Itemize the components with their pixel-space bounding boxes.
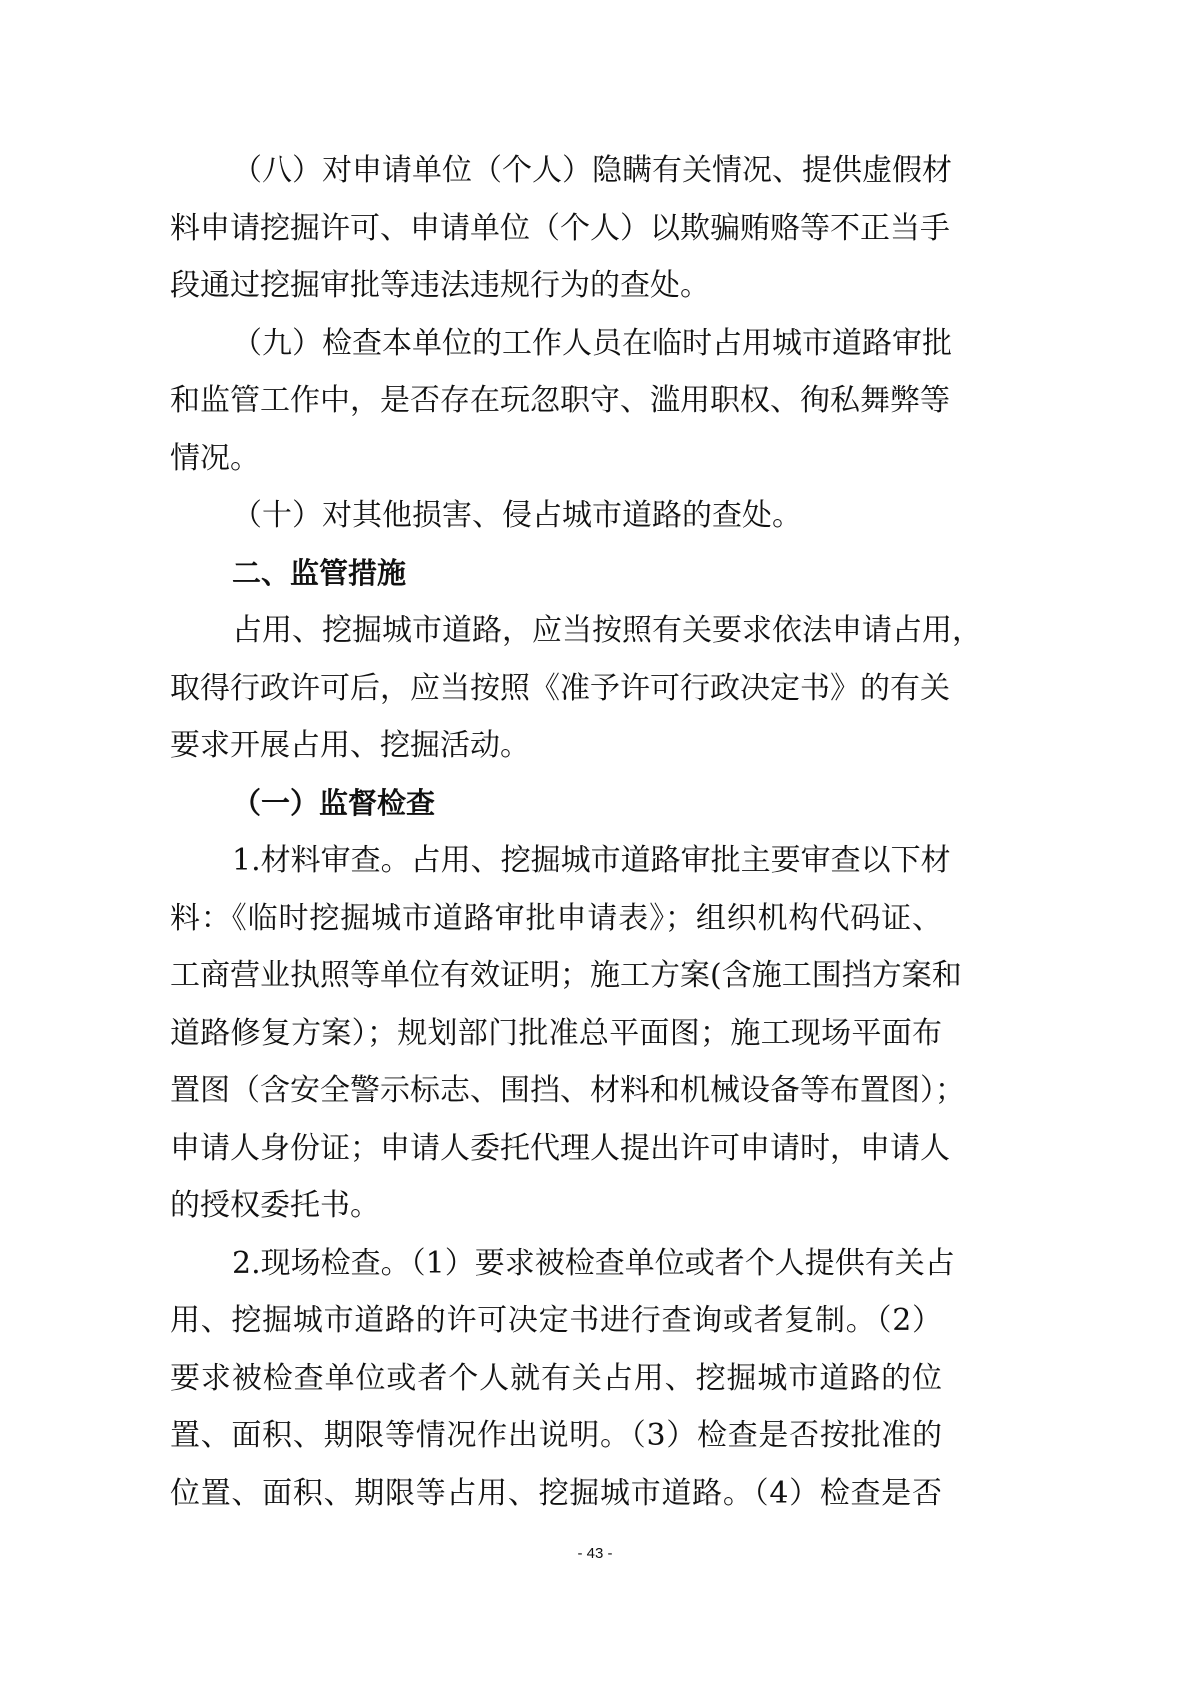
- document-body: （八）对申请单位（个人）隐瞒有关情况、提供虚假材料申请挖掘许可、申请单位（个人）…: [170, 142, 942, 1522]
- text-line: 料申请挖掘许可、申请单位（个人）以欺骗贿赂等不正当手: [170, 200, 942, 258]
- text-line: 和监管工作中，是否存在玩忽职守、滥用职权、徇私舞弊等: [170, 372, 942, 430]
- text-line: 的授权委托书。: [170, 1177, 942, 1235]
- text-line: 位置、面积、期限等占用、挖掘城市道路。（4）检查是否: [170, 1465, 942, 1523]
- text-line: 1.材料审查。占用、挖掘城市道路审批主要审查以下材: [170, 832, 942, 890]
- text-line: 申请人身份证；申请人委托代理人提出许可申请时，申请人: [170, 1120, 942, 1178]
- text-line: 置、面积、期限等情况作出说明。（3）检查是否按批准的: [170, 1407, 942, 1465]
- text-line: 工商营业执照等单位有效证明；施工方案(含施工围挡方案和: [170, 947, 942, 1005]
- text-line: 2.现场检查。（1）要求被检查单位或者个人提供有关占: [170, 1235, 942, 1293]
- text-line: （八）对申请单位（个人）隐瞒有关情况、提供虚假材: [170, 142, 942, 200]
- text-line: 要求开展占用、挖掘活动。: [170, 717, 942, 775]
- text-line: 占用、挖掘城市道路，应当按照有关要求依法申请占用，: [170, 602, 942, 660]
- text-line: （九）检查本单位的工作人员在临时占用城市道路审批: [170, 315, 942, 373]
- section-heading: 二、监管措施: [170, 545, 942, 603]
- text-line: 置图（含安全警示标志、围挡、材料和机械设备等布置图）；: [170, 1062, 942, 1120]
- page-number: - 43 -: [0, 1545, 1190, 1562]
- text-line: 取得行政许可后，应当按照《准予许可行政决定书》的有关: [170, 660, 942, 718]
- text-line: 用、挖掘城市道路的许可决定书进行查询或者复制。（2）: [170, 1292, 942, 1350]
- text-line: 料：《临时挖掘城市道路审批申请表》；组织机构代码证、: [170, 890, 942, 948]
- section-heading: （一）监督检查: [170, 775, 942, 833]
- text-line: 段通过挖掘审批等违法违规行为的查处。: [170, 257, 942, 315]
- text-line: 道路修复方案）；规划部门批准总平面图；施工现场平面布: [170, 1005, 942, 1063]
- text-line: 要求被检查单位或者个人就有关占用、挖掘城市道路的位: [170, 1350, 942, 1408]
- text-line: （十）对其他损害、侵占城市道路的查处。: [170, 487, 942, 545]
- text-line: 情况。: [170, 430, 942, 488]
